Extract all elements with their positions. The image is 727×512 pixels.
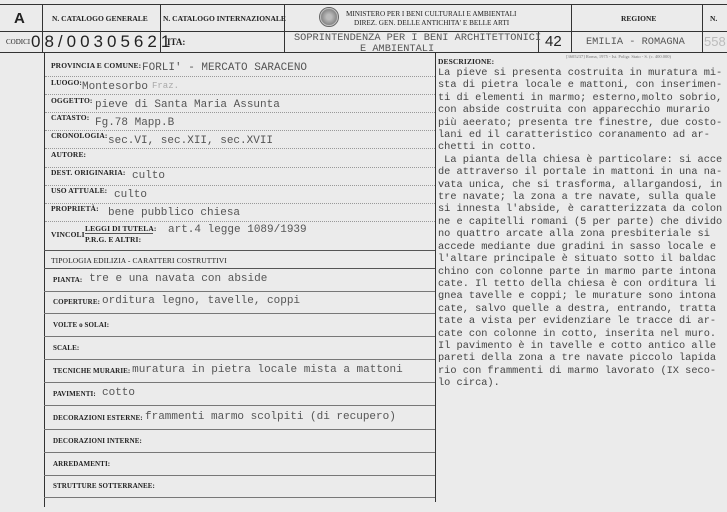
descrizione-label: DESCRIZIONE:	[438, 57, 494, 66]
catalogo-generale-label: N. CATALOGO GENERALE	[52, 14, 148, 23]
tipologia-value: muratura in pietra locale mista a matton…	[132, 364, 403, 376]
catasto-label: CATASTO:	[51, 113, 89, 122]
tipologia-label: STRUTTURE SOTTERRANEE:	[53, 482, 155, 490]
tipologia-label: SCALE:	[53, 344, 79, 352]
row-divider	[44, 429, 435, 430]
print-note: [3605237] Roma, 1975 - Ist. Poligr. Stat…	[566, 54, 671, 59]
tipologia-label: ARREDAMENTI:	[53, 460, 110, 468]
column-divider	[435, 52, 436, 502]
divider	[571, 4, 572, 52]
descrizione-text: La pieve si presenta costruita in muratu…	[438, 67, 723, 390]
header-top-border	[0, 4, 727, 5]
oggetto-label: OGGETTO:	[51, 96, 93, 105]
luogo-label: LUOGO:	[51, 78, 82, 87]
row-divider	[44, 405, 435, 406]
section-letter: A	[14, 10, 25, 27]
tipologia-label: DECORAZIONI INTERNE:	[53, 437, 142, 445]
leggi-tutela-label: LEGGI DI TUTELA:	[85, 224, 156, 233]
proprieta-label: PROPRIETÀ:	[51, 204, 99, 213]
soprintendenza-code: 42	[545, 33, 562, 50]
row-divider	[44, 291, 435, 292]
dest-originaria-value: culto	[132, 170, 165, 182]
n-label: N.	[710, 14, 717, 23]
catalogo-internazionale-label: N. CATALOGO INTERNAZIONALE	[163, 14, 286, 23]
ministero-line2: DIREZ. GEN. DELLE ANTICHITA' E BELLE ART…	[354, 19, 509, 27]
vincoli-label: VINCOLI	[51, 230, 85, 239]
row-divider	[44, 382, 435, 383]
luogo-value: Montesorbo	[82, 81, 148, 93]
tipologia-value: tre e una navata con abside	[89, 273, 267, 285]
left-border	[44, 52, 45, 507]
row-divider	[44, 452, 435, 453]
tipologia-title: TIPOLOGIA EDILIZIA - CARATTERI COSTRUTTI…	[51, 256, 227, 265]
cronologia-label: CRONOLOGIA:	[51, 131, 108, 140]
tipologia-label: PIANTA:	[53, 276, 82, 284]
provincia-value: FORLI' - MERCATO SARACENO	[142, 62, 307, 74]
divider	[284, 4, 285, 52]
regione-label: REGIONE	[621, 14, 656, 23]
soprintendenza-line2: E AMBIENTALI	[360, 43, 434, 55]
oggetto-value: pieve di Santa Maria Assunta	[95, 99, 280, 111]
proprieta-value: bene pubblico chiesa	[108, 207, 240, 219]
row-divider	[44, 475, 435, 476]
codice-label: CODICI	[6, 38, 30, 46]
catasto-value: Fg.78 Mapp.B	[95, 117, 174, 129]
row-divider	[44, 359, 435, 360]
luogo-note: Fraz.	[152, 81, 179, 91]
tipologia-label: PAVIMENTI:	[53, 390, 96, 398]
uso-attuale-label: USO ATTUALE:	[51, 186, 107, 195]
republic-emblem-icon	[319, 7, 339, 27]
divider	[702, 4, 703, 52]
catalog-card: A CODICI N. CATALOGO GENERALE 08/0030562…	[0, 0, 727, 512]
tipologia-label: VOLTE o SOLAI:	[53, 321, 109, 329]
row-divider	[44, 313, 435, 314]
catalogo-internazionale-value: ITA:	[167, 37, 185, 47]
n-value: 558	[704, 34, 726, 49]
row-divider	[44, 497, 435, 498]
tipologia-label: COPERTURE:	[53, 298, 100, 306]
tipologia-value: orditura legno, tavelle, coppi	[102, 295, 300, 307]
tipologia-label: DECORAZIONI ESTERNE:	[53, 414, 143, 422]
leggi-tutela-value: art.4 legge 1089/1939	[168, 224, 307, 236]
tipologia-value: cotto	[102, 387, 135, 399]
cronologia-value: sec.VI, sec.XII, sec.XVII	[108, 135, 273, 147]
uso-attuale-value: culto	[114, 189, 147, 201]
ministero-line1: MINISTERO PER I BENI CULTURALI E AMBIENT…	[346, 10, 516, 18]
row-divider	[44, 336, 435, 337]
catalogo-generale-value: 08/00305621	[31, 32, 174, 52]
autore-label: AUTORE:	[51, 150, 86, 159]
prg-label: P.R.G. E ALTRI:	[85, 235, 141, 244]
dest-originaria-label: DEST. ORIGINARIA:	[51, 168, 126, 177]
regione-value: EMILIA - ROMAGNA	[586, 36, 685, 48]
tipologia-value: frammenti marmo scolpiti (di recupero)	[145, 411, 396, 423]
provincia-label: PROVINCIA E COMUNE:	[51, 61, 141, 70]
tipologia-label: TECNICHE MURARIE:	[53, 367, 130, 375]
